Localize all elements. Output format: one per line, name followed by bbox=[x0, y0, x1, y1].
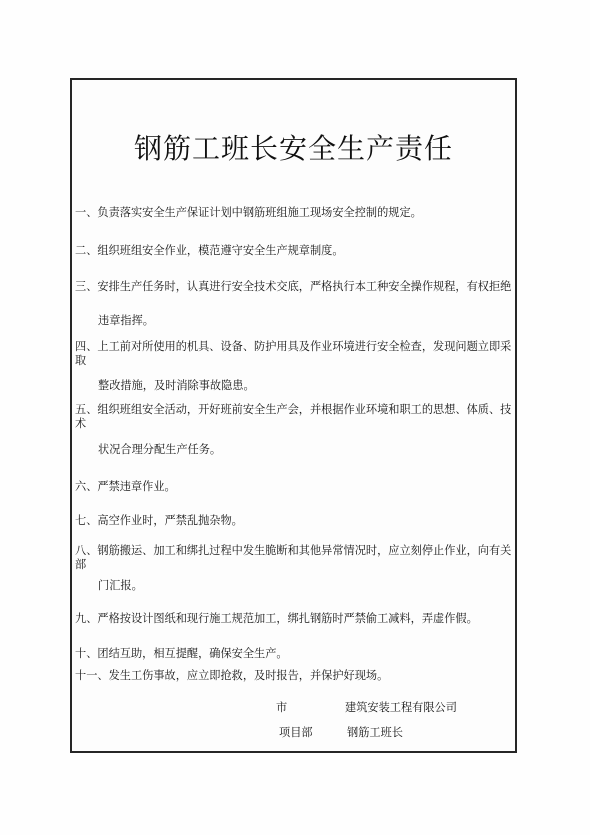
signature-city-label: 市 bbox=[276, 701, 287, 715]
list-item-5-line-2: 状况合理分配生产任务。 bbox=[98, 443, 221, 457]
list-item-3-line-1: 三、安排生产任务时，认真进行安全技术交底，严格执行本工种安全操作规程，有权拒绝 bbox=[75, 280, 511, 294]
signature-role-name: 钢筋工班长 bbox=[347, 726, 403, 740]
list-item-1: 一、负责落实安全生产保证计划中钢筋班组施工现场安全控制的规定。 bbox=[75, 206, 422, 220]
list-item-5-line-1: 五、组织班组安全活动，开好班前安全生产会，并根据作业环境和职工的思想、体质、技 bbox=[75, 403, 511, 417]
list-item-6: 六、严禁违章作业。 bbox=[75, 480, 176, 494]
list-item-8-line-2: 门汇报。 bbox=[98, 579, 143, 593]
list-item-4-line-2: 整改措施，及时消除事故隐患。 bbox=[98, 379, 255, 393]
list-item-4-overflow: 取 bbox=[75, 354, 86, 368]
document-page: 钢筋工班长安全生产责任 一、负责落实安全生产保证计划中钢筋班组施工现场安全控制的… bbox=[70, 78, 517, 753]
page-title: 钢筋工班长安全生产责任 bbox=[72, 127, 515, 167]
list-item-8-line-1: 八、钢筋搬运、加工和绑扎过程中发生脆断和其他异常情况时，应立刻停止作业，向有关 bbox=[75, 544, 511, 558]
list-item-3-line-2: 违章指挥。 bbox=[98, 314, 154, 328]
list-item-5-overflow: 术 bbox=[75, 417, 86, 431]
list-item-4-line-1: 四、上工前对所使用的机具、设备、防护用具及作业环境进行安全检查，发现问题立即采 bbox=[75, 340, 511, 354]
list-item-2: 二、组织班组安全作业，模范遵守安全生产规章制度。 bbox=[75, 244, 344, 258]
list-item-8-overflow: 部 bbox=[75, 558, 86, 572]
list-item-9: 九、严格按设计图纸和现行施工规范加工，绑扎钢筋时严禁偷工减料，弄虚作假。 bbox=[75, 612, 478, 626]
signature-project-dept-label: 项目部 bbox=[279, 726, 313, 740]
list-item-10: 十、团结互助，相互提醒，确保安全生产。 bbox=[75, 647, 288, 661]
list-item-11: 十一、发生工伤事故，应立即抢救，及时报告，并保护好现场。 bbox=[75, 669, 388, 683]
list-item-7: 七、高空作业时，严禁乱抛杂物。 bbox=[75, 514, 243, 528]
signature-company-name: 建筑安装工程有限公司 bbox=[345, 701, 457, 715]
scan-background: 钢筋工班长安全生产责任 一、负责落实安全生产保证计划中钢筋班组施工现场安全控制的… bbox=[0, 0, 590, 835]
